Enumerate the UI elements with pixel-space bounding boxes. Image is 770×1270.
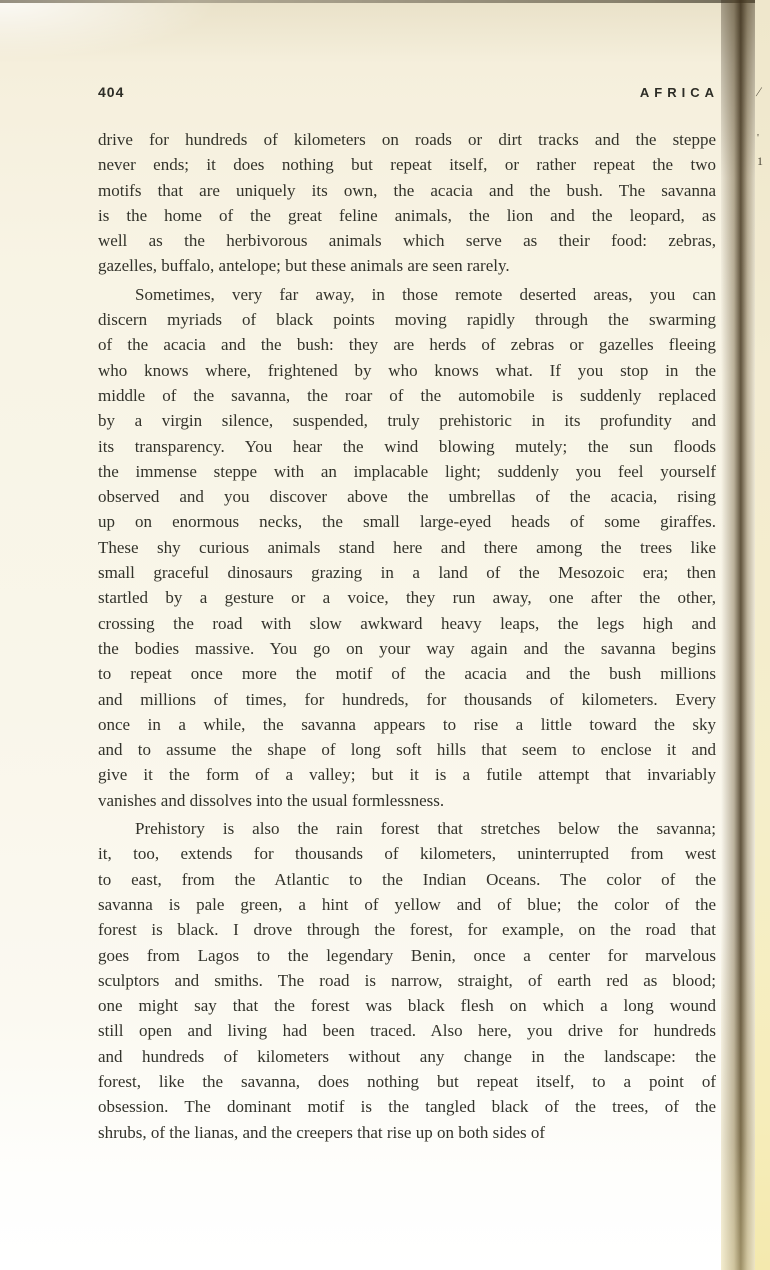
- text-line: gazelles, buffalo, antelope; but these a…: [98, 253, 716, 278]
- text-line: and millions of times, for hundreds, for…: [98, 687, 716, 712]
- text-line: discern myriads of black points moving r…: [98, 307, 716, 332]
- text-line: and to assume the shape of long soft hil…: [98, 737, 716, 762]
- text-line: forest, like the savanna, does nothing b…: [98, 1069, 716, 1094]
- text-line: to repeat once more the motif of the aca…: [98, 661, 716, 686]
- text-line: who knows where, frightened by who knows…: [98, 358, 716, 383]
- text-line: crossing the road with slow awkward heav…: [98, 611, 716, 636]
- text-line: one might say that the forest was black …: [98, 993, 716, 1018]
- facing-page-text-fragment: /: [754, 84, 763, 100]
- text-line: vanishes and dissolves into the usual fo…: [98, 788, 716, 813]
- text-line: up on enormous necks, the small large-ey…: [98, 509, 716, 534]
- text-line: small graceful dinosaurs grazing in a la…: [98, 560, 716, 585]
- scan-top-edge: [0, 0, 770, 3]
- text-line: the bodies massive. You go on your way a…: [98, 636, 716, 661]
- text-line: startled by a gesture or a voice, they r…: [98, 585, 716, 610]
- text-line: its transparency. You hear the wind blow…: [98, 434, 716, 459]
- text-line: once in a while, the savanna appears to …: [98, 712, 716, 737]
- text-line: forest is black. I drove through the for…: [98, 917, 716, 942]
- text-line: observed and you discover above the umbr…: [98, 484, 716, 509]
- text-line: Sometimes, very far away, in those remot…: [98, 282, 716, 307]
- text-block: drive for hundreds of kilometers on road…: [98, 127, 716, 1145]
- text-line: savanna is pale green, a hint of yellow …: [98, 892, 716, 917]
- text-line: is the home of the great feline animals,…: [98, 203, 716, 228]
- paragraph: Sometimes, very far away, in those remot…: [98, 282, 716, 813]
- scan-corner-light: [0, 0, 220, 60]
- page-header: 404 AFRICA: [98, 84, 714, 100]
- text-line: motifs that are uniquely its own, the ac…: [98, 178, 716, 203]
- text-line: These shy curious animals stand here and…: [98, 535, 716, 560]
- text-line: sculptors and smiths. The road is narrow…: [98, 968, 716, 993]
- facing-page-text-fragment: 1: [757, 154, 763, 169]
- page-number: 404: [98, 84, 124, 100]
- text-line: of the acacia and the bush: they are her…: [98, 332, 716, 357]
- text-line: drive for hundreds of kilometers on road…: [98, 127, 716, 152]
- text-line: by a virgin silence, suspended, truly pr…: [98, 408, 716, 433]
- text-line: the immense steppe with an implacable li…: [98, 459, 716, 484]
- running-head: AFRICA: [640, 85, 719, 100]
- text-line: to east, from the Atlantic to the Indian…: [98, 867, 716, 892]
- text-line: still open and living had been traced. A…: [98, 1018, 716, 1043]
- text-line: never ends; it does nothing but repeat i…: [98, 152, 716, 177]
- text-line: obsession. The dominant motif is the tan…: [98, 1094, 716, 1119]
- text-line: goes from Lagos to the legendary Benin, …: [98, 943, 716, 968]
- text-line: middle of the savanna, the roar of the a…: [98, 383, 716, 408]
- text-line: and hundreds of kilometers without any c…: [98, 1044, 716, 1069]
- text-line: Prehistory is also the rain forest that …: [98, 816, 716, 841]
- paragraph: drive for hundreds of kilometers on road…: [98, 127, 716, 279]
- page-gutter-shadow: [721, 0, 755, 1270]
- paragraph: Prehistory is also the rain forest that …: [98, 816, 716, 1145]
- facing-page-text-fragment: ': [757, 132, 759, 144]
- text-line: it, too, extends for thousands of kilome…: [98, 841, 716, 866]
- book-page-scan: 404 AFRICA drive for hundreds of kilomet…: [0, 0, 770, 1270]
- text-line: shrubs, of the lianas, and the creepers …: [98, 1120, 716, 1145]
- text-line: give it the form of a valley; but it is …: [98, 762, 716, 787]
- next-page-edge: /'1: [755, 0, 770, 1270]
- text-line: well as the herbivorous animals which se…: [98, 228, 716, 253]
